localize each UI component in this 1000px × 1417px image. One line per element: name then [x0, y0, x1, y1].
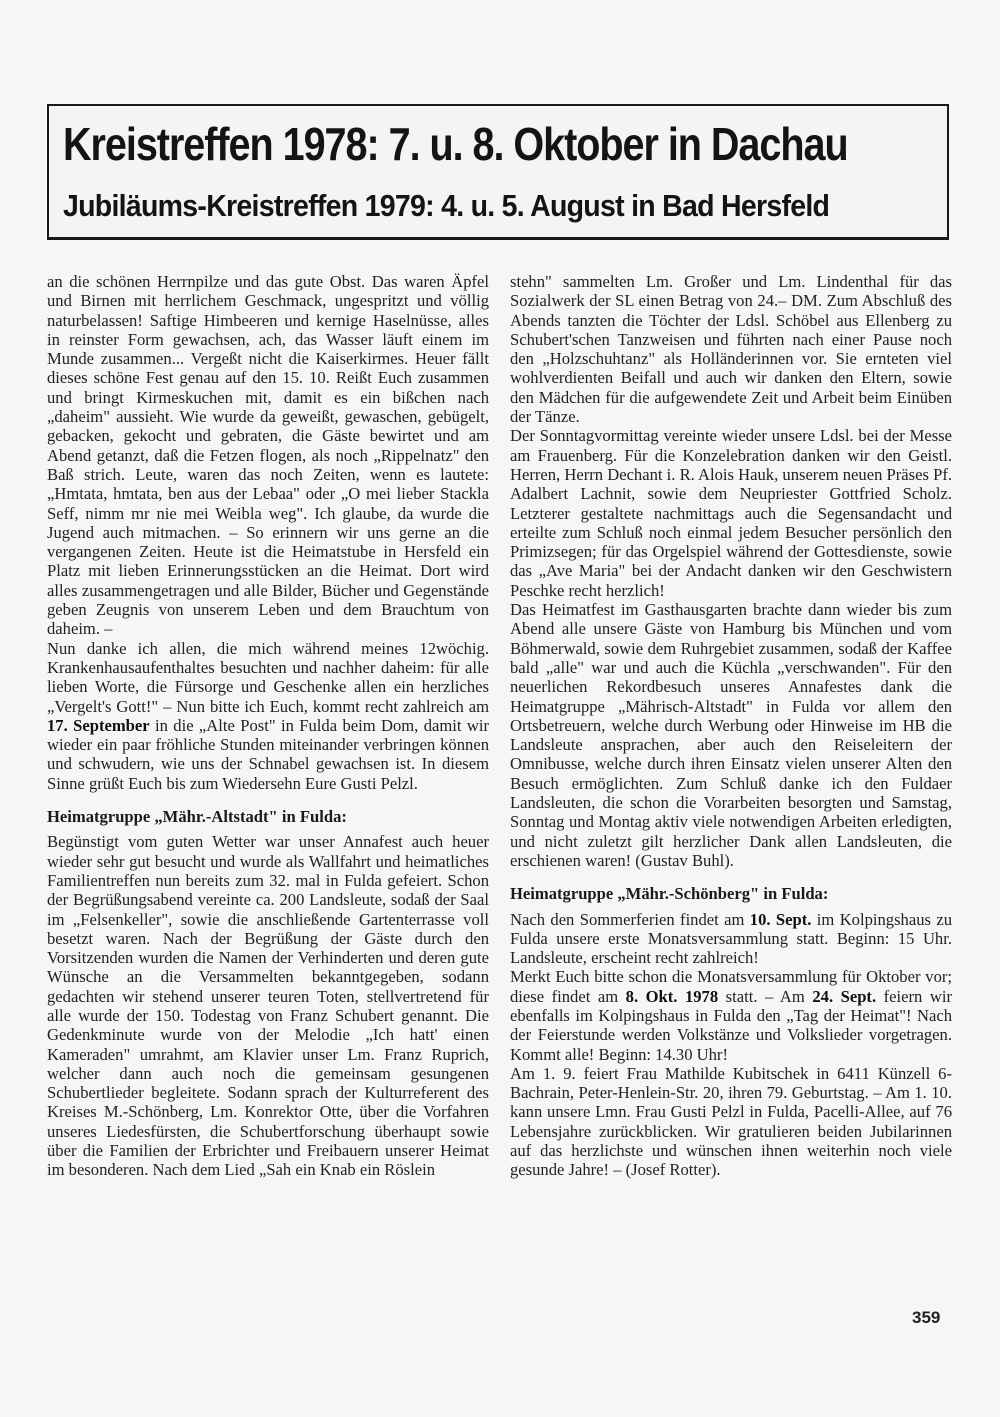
- banner-subtitle: Jubiläums-Kreistreffen 1979: 4. u. 5. Au…: [63, 186, 829, 226]
- text: statt. – Am: [718, 987, 812, 1006]
- text: Nach den Sommerferien findet am: [510, 910, 750, 929]
- right-column: stehn" sammelten Lm. Großer und Lm. Lind…: [510, 272, 952, 1180]
- paragraph: Das Heimatfest im Gasthausgarten brachte…: [510, 600, 952, 870]
- section-heading: Heimatgruppe „Mähr.-Schönberg" in Fulda:: [510, 884, 952, 903]
- bold-date: 10. Sept.: [750, 910, 812, 929]
- event-banner: Kreistreffen 1978: 7. u. 8. Oktober in D…: [47, 104, 949, 240]
- bold-date: 8. Okt. 1978: [626, 987, 719, 1006]
- bold-date: 24. Sept.: [812, 987, 876, 1006]
- paragraph: Begünstigt vom guten Wetter war unser An…: [47, 832, 489, 1179]
- spacer: [510, 870, 952, 884]
- paragraph: Der Sonntagvormittag vereinte wieder uns…: [510, 426, 952, 600]
- bold-date: 17. September: [47, 716, 150, 735]
- left-column: an die schönen Herrnpilze und das gute O…: [47, 272, 489, 1180]
- page-number: 359: [912, 1308, 940, 1328]
- spacer: [47, 793, 489, 807]
- section-heading: Heimatgruppe „Mähr.-Altstadt" in Fulda:: [47, 807, 489, 826]
- paragraph: an die schönen Herrnpilze und das gute O…: [47, 272, 489, 639]
- paragraph: Merkt Euch bitte schon die Monatsversamm…: [510, 967, 952, 1063]
- text: Nun danke ich allen, die mich während me…: [47, 639, 489, 716]
- paragraph: stehn" sammelten Lm. Großer und Lm. Lind…: [510, 272, 952, 426]
- paragraph: Nach den Sommerferien findet am 10. Sept…: [510, 910, 952, 968]
- paragraph: Am 1. 9. feiert Frau Mathilde Kubitschek…: [510, 1064, 952, 1180]
- paragraph: Nun danke ich allen, die mich während me…: [47, 639, 489, 793]
- banner-title: Kreistreffen 1978: 7. u. 8. Oktober in D…: [63, 116, 815, 172]
